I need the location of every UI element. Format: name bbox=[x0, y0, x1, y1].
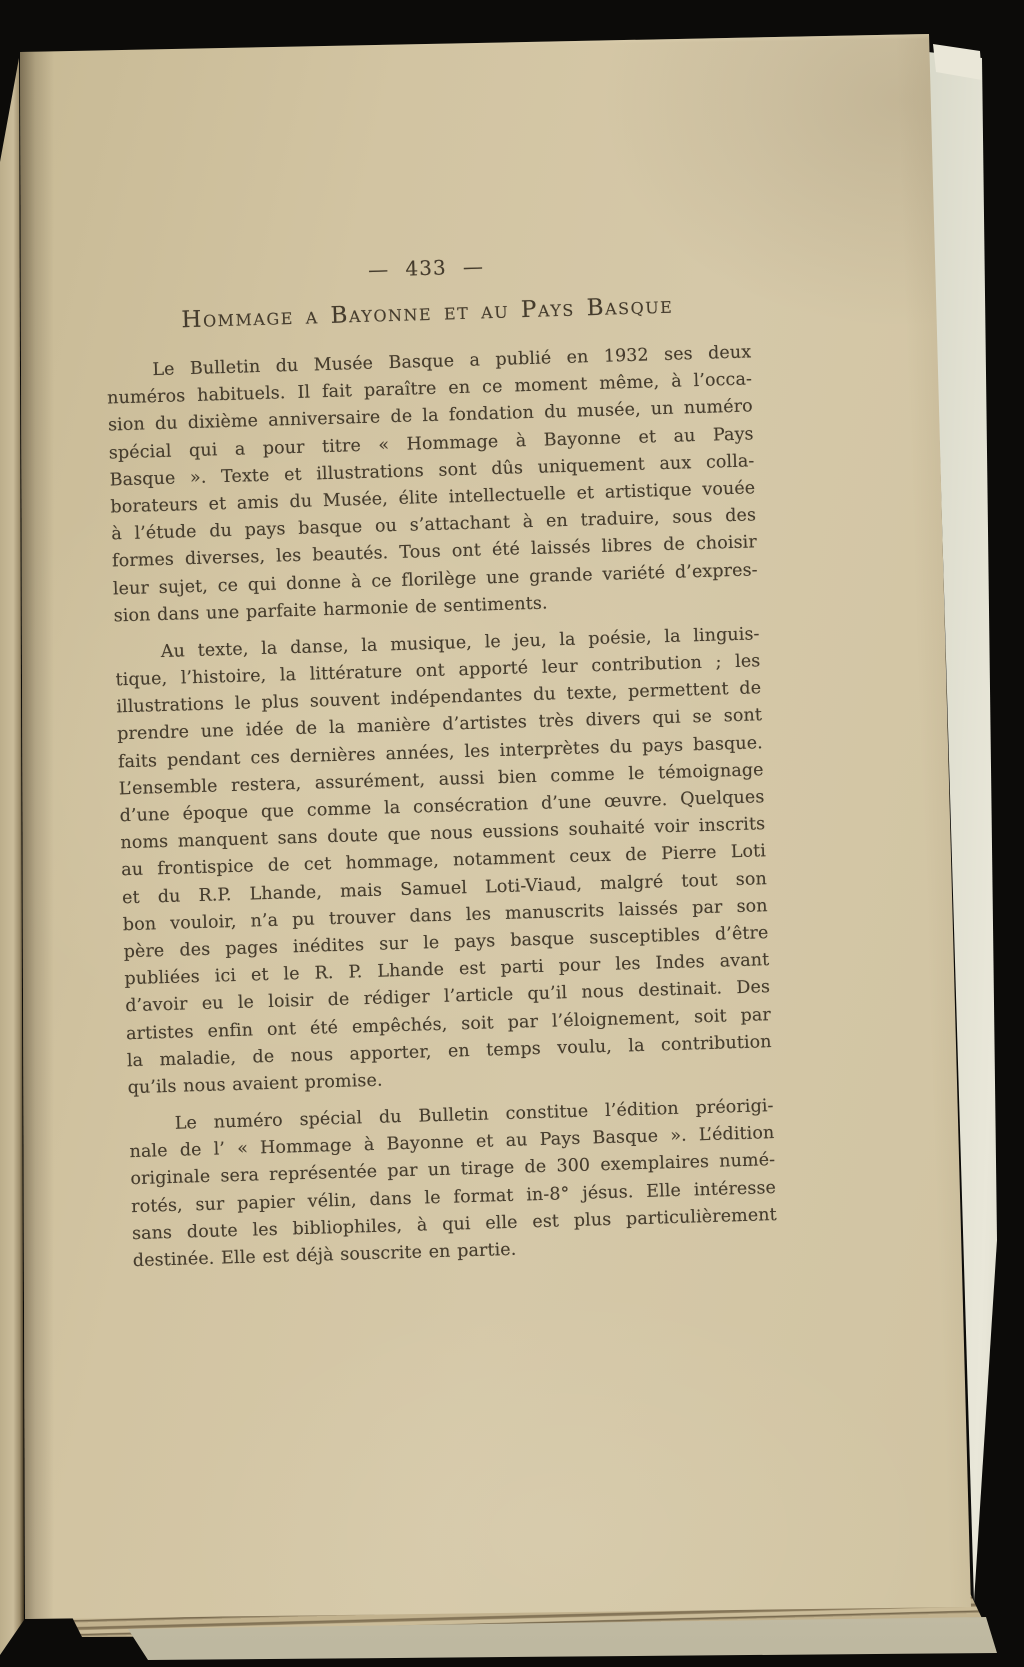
paragraph: Le numéro spécial du Bulletin constitue … bbox=[128, 1093, 778, 1275]
previous-page-edge bbox=[0, 0, 24, 1667]
body-text: Le Bulletin du Musée Basque a publié en … bbox=[106, 339, 778, 1275]
page-paper: — 433 — Hommage a Bayonne et au Pays Bas… bbox=[0, 0, 1024, 1667]
page-title: Hommage a Bayonne et au Pays Basque bbox=[105, 288, 751, 337]
paragraph: Le Bulletin du Musée Basque a publié en … bbox=[106, 339, 759, 630]
paragraph: Au texte, la danse, la musique, le jeu, … bbox=[114, 621, 772, 1102]
printed-text-block: — 433 — Hommage a Bayonne et au Pays Bas… bbox=[103, 240, 778, 1275]
scanned-book-page: — 433 — Hommage a Bayonne et au Pays Bas… bbox=[0, 0, 1024, 1667]
